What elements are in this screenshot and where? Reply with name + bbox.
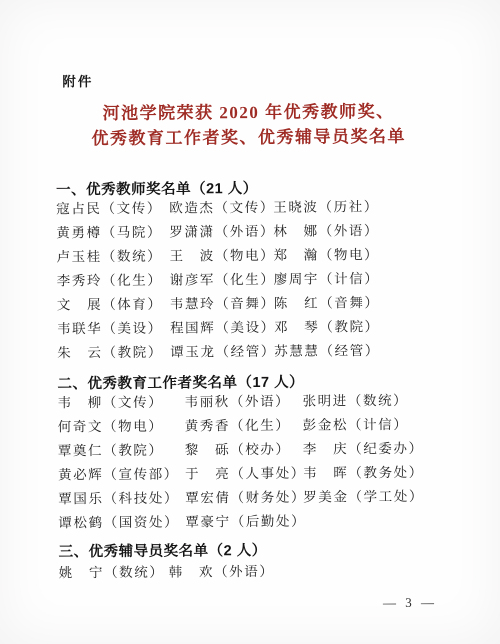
award-entry: 覃宏倩（财务处） [185,486,303,511]
award-entry: 韦 晖（教务处） [303,461,424,486]
name-row: 卢玉桂（数统）王 波（物电）郑 瀚（物电） [56,242,489,269]
award-entry: 王 波（物电） [169,244,273,269]
award-entry: 朱 云（教院） [57,341,170,366]
award-entry: 黄秀香（化生） [185,414,303,439]
award-entry: 邓 琴（教院） [274,315,380,340]
award-entry: 林 娜（外语） [273,219,379,244]
award-entry: 罗潇潇（外语） [169,220,273,245]
document-title-line2: 优秀教育工作者奖、优秀辅导员奖名单 [0,123,499,151]
award-entry: 欧造杰（文传） [169,196,273,221]
name-list-education-workers: 韦 柳（文传）韦丽秋（外语）张明进（数统）何奇文（物电）黄秀香（化生）彭金松（计… [57,388,491,535]
scanned-document-page: 附件 河池学院荣获 2020 年优秀教师奖、 优秀教育工作者奖、优秀辅导员奖名单… [0,0,500,644]
award-entry: 何奇文（物电） [58,414,185,439]
award-entry: 彭金松（计信） [303,413,409,438]
name-row: 姚 宁（数统）韩 欢（外语） [59,558,492,585]
award-entry: 韦 柳（文传） [57,390,184,415]
name-row: 韦 柳（文传）韦丽秋（外语）张明进（数统） [57,388,490,415]
award-entry: 陈 红（音舞） [274,291,380,316]
award-entry: 廖周宇（计信） [274,267,380,292]
attachment-label: 附件 [62,70,93,90]
name-row: 韦联华（美设）程国辉（美设）邓 琴（教院） [57,314,490,341]
section-heading-excellent-counselors: 三、优秀辅导员奖名单（2 人） [59,539,267,561]
award-entry: 谭玉龙（经管） [170,340,274,365]
award-entry: 寇占民（文传） [56,197,169,222]
award-entry: 李秀玲（化生） [57,269,170,294]
name-row: 寇占民（文传）欧造杰（文传）王晓波（历社） [56,194,489,221]
name-row: 黄必辉（宣传部）于 亮（人事处）韦 晖（教务处） [58,460,491,487]
name-row: 文 展（体育）韦慧玲（音舞）陈 红（音舞） [57,290,490,317]
award-entry: 王晓波（历社） [273,195,379,220]
award-entry: 程国辉（美设） [170,316,274,341]
name-list-excellent-teachers: 寇占民（文传）欧造杰（文传）王晓波（历社）黄勇樽（马院）罗潇潇（外语）林 娜（外… [56,194,490,365]
name-row: 覃奠仁（教院）黎 砾（校办）李 庆（纪委办） [58,436,491,463]
award-entry: 覃豪宁（后勤处） [185,510,303,535]
award-entry: 黎 砾（校办） [185,438,303,463]
award-entry: 郑 瀚（物电） [273,243,379,268]
award-entry: 于 亮（人事处） [185,462,303,487]
name-row: 朱 云（教院）谭玉龙（经管）苏慧慧（经管） [57,338,490,365]
award-entry: 谢彦军（化生） [170,268,274,293]
award-entry: 罗美金（学工处） [303,485,424,510]
award-entry: 覃国乐（科技处） [58,486,185,511]
name-row: 何奇文（物电）黄秀香（化生）彭金松（计信） [58,412,491,439]
document-title: 河池学院荣获 2020 年优秀教师奖、 优秀教育工作者奖、优秀辅导员奖名单 [0,98,499,151]
document-title-line1: 河池学院荣获 2020 年优秀教师奖、 [0,98,499,126]
award-entry: 谭松鹤（国资处） [58,510,185,535]
award-entry: 韦联华（美设） [57,317,170,342]
award-entry: 黄必辉（宣传部） [58,462,185,487]
name-row: 黄勇樽（马院）罗潇潇（外语）林 娜（外语） [56,218,489,245]
award-entry: 李 庆（纪委办） [303,437,424,462]
award-entry: 韩 欢（外语） [169,560,275,585]
award-entry: 黄勇樽（马院） [56,221,169,246]
award-entry: 覃奠仁（教院） [58,438,185,463]
award-entry: 苏慧慧（经管） [274,339,380,364]
award-entry: 张明进（数统） [302,389,408,414]
name-list-excellent-counselors: 姚 宁（数统）韩 欢（外语） [59,558,492,585]
award-entry: 韦丽秋（外语） [184,390,302,415]
name-row: 覃国乐（科技处）覃宏倩（财务处）罗美金（学工处） [58,484,491,511]
award-entry: 姚 宁（数统） [59,561,169,586]
award-entry: 卢玉桂（数统） [56,245,169,270]
name-row: 谭松鹤（国资处）覃豪宁（后勤处） [58,508,491,535]
document-content: 附件 河池学院荣获 2020 年优秀教师奖、 优秀教育工作者奖、优秀辅导员奖名单… [0,0,500,644]
name-row: 李秀玲（化生）谢彦军（化生）廖周宇（计信） [57,266,490,293]
award-entry: 韦慧玲（音舞） [170,292,274,317]
award-entry: 文 展（体育） [57,293,170,318]
page-number: — 3 — [383,595,437,611]
